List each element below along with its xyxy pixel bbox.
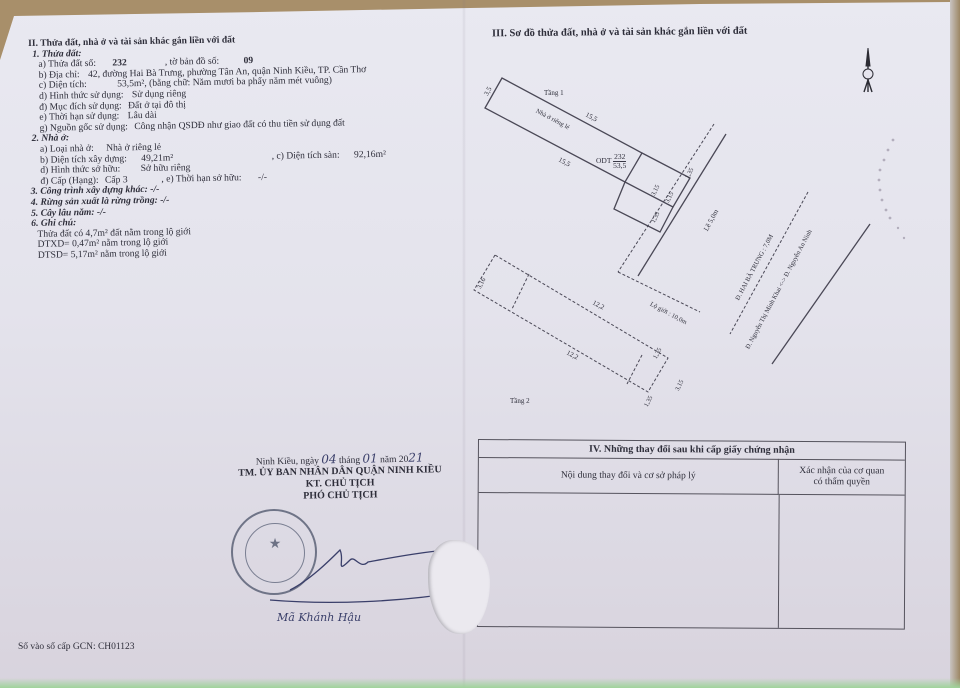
- signature-block: Ninh Kiều, ngày 04 tháng 01 năm 2021 TM.…: [210, 450, 471, 505]
- handwritten-month: 01: [362, 451, 378, 465]
- changes-col-content: Nội dung thay đổi và cơ sở pháp lý: [479, 457, 779, 495]
- handwritten-year: 21: [408, 451, 424, 465]
- floor1-label: Tầng 1: [544, 88, 564, 99]
- changes-table: IV. Những thay đổi sau khi cấp giấy chứn…: [477, 439, 906, 630]
- table-divider: [778, 495, 780, 628]
- parcel-code: ODT 232 53,5: [596, 153, 626, 170]
- handwritten-day: 04: [321, 452, 337, 466]
- floor2-label: Tầng 2: [510, 396, 530, 407]
- north-arrow-icon: [863, 48, 873, 92]
- register-number: Số vào sổ cấp GCN: CH01123: [18, 642, 135, 653]
- signer-name: Mã Khánh Hậu: [277, 612, 361, 623]
- changes-col-confirmation: Xác nhận của cơ quan có thẩm quyền: [779, 459, 905, 496]
